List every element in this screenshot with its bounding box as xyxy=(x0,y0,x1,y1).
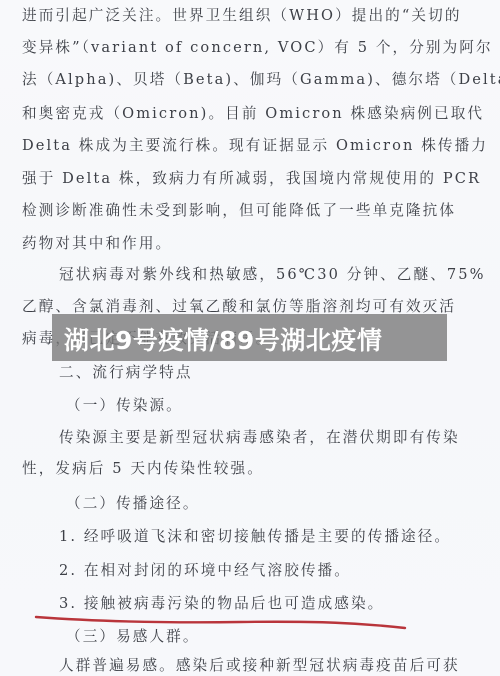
doc-paragraph-start: 冠状病毒对紫外线和热敏感，56℃30 分钟、乙醚、75% xyxy=(59,265,486,285)
doc-line-3: 法（Alpha)、贝塔（Beta)、伽玛（Gamma)、德尔塔（Delta) xyxy=(22,70,500,90)
doc-line-15: 性，发病后 5 天内传染性较强。 xyxy=(22,459,264,479)
list-item-1: 1. 经呼吸道飞沫和密切接触传播是主要的传播途径。 xyxy=(59,527,451,547)
doc-line-2: 变异株”（variant of concern, VOC）有 5 个，分别为阿尔 xyxy=(22,38,493,58)
section-heading: 二、流行病学特点 xyxy=(59,363,193,383)
subsection-heading-2: （二）传播途径。 xyxy=(66,494,200,514)
subsection-heading-1: （一）传染源。 xyxy=(66,396,183,416)
doc-line-14: 传染源主要是新型冠状病毒感染者，在潜伏期即有传染 xyxy=(59,428,460,448)
title-overlay-banner: 湖北9号疫情/89号湖北疫情 xyxy=(52,314,447,361)
doc-line-5: Delta 株成为主要流行株。现有证据显示 Omicron 株传播力 xyxy=(22,136,488,156)
doc-line-4: 和奥密克戎（Omicron)。目前 Omicron 株感染病例已取代 xyxy=(22,104,484,124)
list-item-2: 2. 在相对封闭的环境中经气溶胶传播。 xyxy=(59,561,351,581)
doc-line-7: 检测诊断准确性未受到影响，但可能降低了一些单克隆抗体 xyxy=(22,201,456,221)
doc-line-8: 药物对其中和作用。 xyxy=(22,234,172,254)
document-page: 进而引起广泛关注。世界卫生组织（WHO）提出的“关切的 变异株”（variant… xyxy=(0,0,500,676)
doc-line-6: 强于 Delta 株，致病力有所减弱，我国境内常规使用的 PCR xyxy=(22,169,481,189)
overlay-title: 湖北9号疫情/89号湖北疫情 xyxy=(64,321,382,357)
doc-line-21: 人群普遍易感。感染后或接种新型冠状病毒疫苗后可获 xyxy=(59,656,460,676)
red-underline-annotation xyxy=(0,605,500,635)
doc-line-1: 进而引起广泛关注。世界卫生组织（WHO）提出的“关切的 xyxy=(22,6,462,26)
